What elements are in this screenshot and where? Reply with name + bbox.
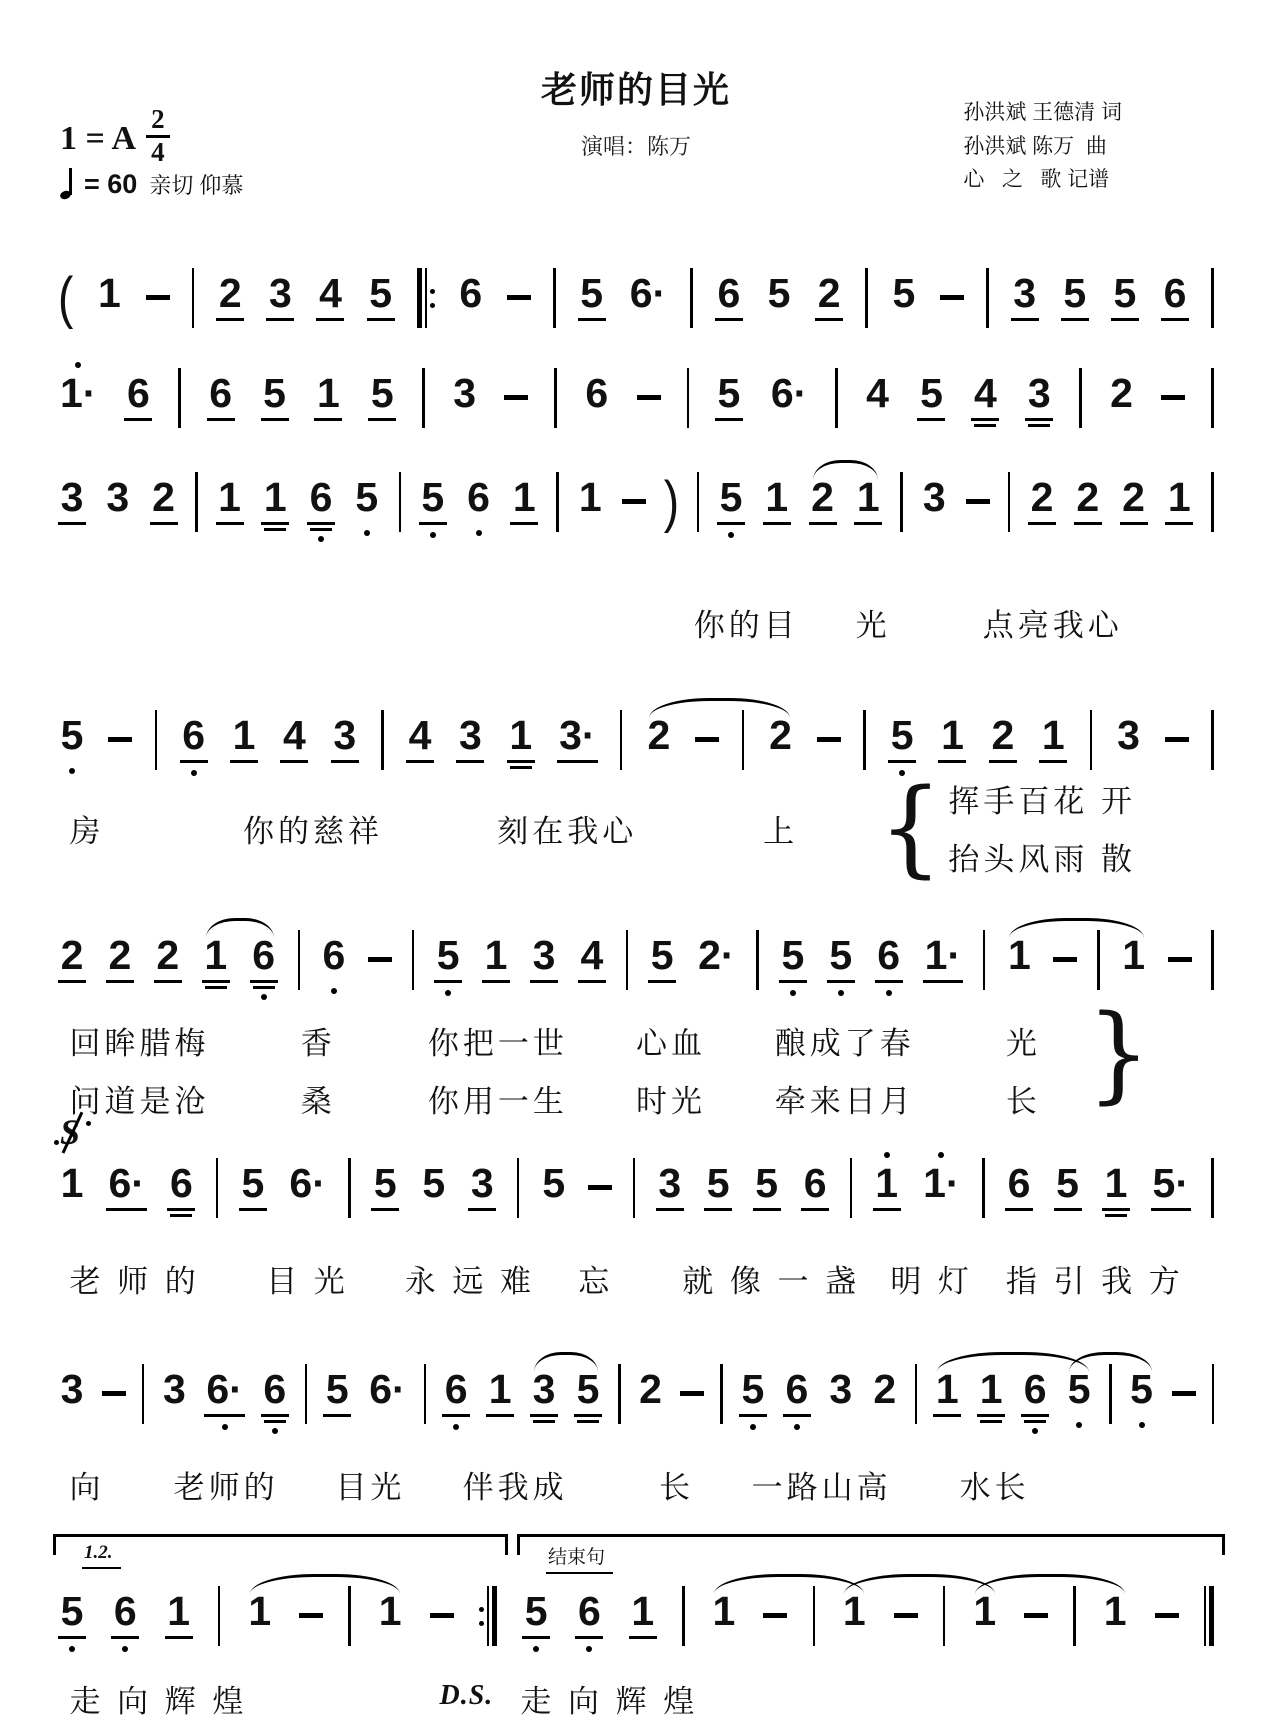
note: 2 bbox=[216, 272, 244, 321]
note: 2 bbox=[1074, 476, 1102, 525]
note: 5 bbox=[367, 272, 395, 321]
sixteenth-underline bbox=[577, 1420, 599, 1423]
note: 6· bbox=[204, 1368, 244, 1417]
note: 6 bbox=[207, 372, 235, 421]
duration-dash bbox=[817, 737, 841, 742]
note-number: 4 bbox=[864, 372, 892, 421]
slur-tie bbox=[937, 1352, 1089, 1372]
sixteenth-underline bbox=[253, 986, 275, 989]
note: 1 bbox=[1120, 934, 1148, 983]
note: 5 bbox=[1065, 1368, 1093, 1417]
note-number: 2 bbox=[1108, 372, 1136, 421]
repeat-dots bbox=[430, 268, 435, 328]
duration-dash bbox=[763, 1613, 787, 1618]
note: 5 bbox=[420, 1162, 448, 1211]
note: 1 bbox=[1005, 934, 1033, 983]
note: 6 bbox=[111, 1590, 139, 1639]
note: 1 bbox=[1102, 1162, 1130, 1211]
note: 1· bbox=[58, 372, 98, 421]
note-number: 1 bbox=[1101, 1590, 1129, 1639]
duration-dash bbox=[695, 737, 719, 742]
score-line-4: 561434313·2251213房你的慈祥刻在我心上{挥手百花 开抬头风雨 散 bbox=[58, 714, 1214, 774]
note-number: 3· bbox=[557, 714, 597, 763]
lyric-segment: 问道是沧 bbox=[70, 1076, 210, 1121]
note-number: 5 bbox=[827, 934, 855, 983]
barline bbox=[1211, 368, 1214, 428]
duration-dash bbox=[966, 499, 990, 504]
octave-dot-low bbox=[790, 990, 796, 996]
barline bbox=[1008, 472, 1011, 532]
note-number: 1 bbox=[1102, 1162, 1130, 1211]
note: 5 bbox=[540, 1162, 568, 1211]
note: 3 bbox=[58, 476, 86, 525]
note-number: 6· bbox=[628, 272, 668, 321]
barline bbox=[305, 1364, 308, 1424]
sixteenth-underline bbox=[1028, 424, 1050, 427]
note-number: 4 bbox=[578, 934, 606, 983]
note-number: 5 bbox=[917, 372, 945, 421]
note-number: 6 bbox=[465, 476, 493, 525]
lyric-segment: 刻在我心 bbox=[497, 806, 637, 851]
note-number: 5 bbox=[261, 372, 289, 421]
note-number: 2 bbox=[106, 934, 134, 983]
barline bbox=[1212, 1364, 1215, 1424]
duration-dash bbox=[680, 1391, 704, 1396]
note: 6 bbox=[783, 1368, 811, 1417]
repeat-dot bbox=[430, 303, 435, 308]
note-number: 5 bbox=[1065, 1368, 1093, 1417]
note: 6 bbox=[801, 1162, 829, 1211]
barline bbox=[626, 930, 629, 990]
note: 5 bbox=[353, 476, 381, 525]
repeat-dot bbox=[479, 1621, 484, 1626]
note-number: 1 bbox=[763, 476, 791, 525]
duration-dash bbox=[1053, 957, 1077, 962]
note-number: 1 bbox=[873, 1162, 901, 1211]
lyric-segment: 明 灯 bbox=[890, 1256, 973, 1301]
note: 6· bbox=[769, 372, 809, 421]
note-number: 6· bbox=[106, 1162, 146, 1211]
note: 5 bbox=[419, 476, 447, 525]
note-number: 5 bbox=[1061, 272, 1089, 321]
note-number: 1 bbox=[216, 476, 244, 525]
note: 5 bbox=[261, 372, 289, 421]
tempo-expression: 亲切 仰慕 bbox=[149, 169, 243, 200]
note-number: 2 bbox=[1074, 476, 1102, 525]
note-number: 6· bbox=[204, 1368, 244, 1417]
slur-tie bbox=[844, 1574, 995, 1594]
duration-dash bbox=[102, 1391, 126, 1396]
lyric-segment: 光 bbox=[856, 600, 891, 645]
note: 6· bbox=[628, 272, 668, 321]
note-number: 3 bbox=[266, 272, 294, 321]
duration-dash bbox=[1155, 1613, 1179, 1618]
barline bbox=[1079, 368, 1082, 428]
note-number: 5· bbox=[1151, 1162, 1191, 1211]
segno-dot bbox=[54, 1140, 59, 1145]
note-number: 3 bbox=[456, 714, 484, 763]
barline bbox=[1211, 710, 1214, 770]
note: 6 bbox=[1161, 272, 1189, 321]
note: 1 bbox=[376, 1590, 404, 1639]
sixteenth-underline bbox=[264, 1420, 286, 1423]
octave-dot-low bbox=[191, 770, 197, 776]
note: 5 bbox=[58, 714, 86, 763]
bar-stroke bbox=[417, 268, 422, 328]
repeat-dot bbox=[430, 289, 435, 294]
lyric-segment: 指 引 我 方 bbox=[1006, 1256, 1184, 1301]
bar-stroke bbox=[492, 1586, 497, 1646]
barline bbox=[986, 268, 989, 328]
duration-dash bbox=[299, 1613, 323, 1618]
lyric-segment: 上 bbox=[763, 806, 798, 851]
note-number: 6 bbox=[715, 272, 743, 321]
note-number: 3 bbox=[331, 714, 359, 763]
note-number: 5 bbox=[753, 1162, 781, 1211]
barline bbox=[155, 710, 158, 770]
note-number: 5 bbox=[1111, 272, 1139, 321]
lyric-segment: 老师的 bbox=[174, 1462, 279, 1507]
octave-dot-low bbox=[364, 530, 370, 536]
duration-dash bbox=[588, 1185, 612, 1190]
sixteenth-underline bbox=[1024, 1420, 1046, 1423]
tempo: = 60 亲切 仰慕 bbox=[60, 168, 243, 200]
credits: 孙洪斌 王德清 词孙洪斌 陈万 曲心 之 歌 记谱 bbox=[963, 96, 1122, 197]
barline bbox=[690, 268, 693, 328]
barline bbox=[553, 268, 556, 328]
meter-numerator: 2 bbox=[146, 106, 170, 138]
barline bbox=[850, 1158, 853, 1218]
note-number: 6 bbox=[180, 714, 208, 763]
barline bbox=[1211, 930, 1214, 990]
slur-tie bbox=[975, 1574, 1125, 1594]
note: 3 bbox=[920, 476, 948, 525]
note: 2 bbox=[106, 934, 134, 983]
note-number: 1 bbox=[510, 476, 538, 525]
slur-tie bbox=[649, 698, 790, 718]
octave-dot-low bbox=[794, 1424, 800, 1430]
barline bbox=[835, 368, 838, 428]
note: 1 bbox=[507, 714, 535, 763]
tempo-value: = 60 bbox=[84, 169, 137, 200]
note: 5 bbox=[753, 1162, 781, 1211]
note-number: 6 bbox=[1161, 272, 1189, 321]
barline bbox=[1211, 472, 1214, 532]
octave-dot-low bbox=[1076, 1422, 1082, 1428]
score-line-8: 5611156111111.2.结束句走 向 辉 煌D.S.走 向 辉 煌 bbox=[58, 1590, 1214, 1650]
note-number: 4 bbox=[280, 714, 308, 763]
barline bbox=[216, 1158, 219, 1218]
note: 1 bbox=[95, 272, 123, 321]
duration-dash bbox=[1172, 1391, 1196, 1396]
parenthesis: ) bbox=[664, 470, 679, 533]
duration-dash bbox=[146, 295, 170, 300]
note: 1 bbox=[58, 1162, 86, 1211]
lyric-segment: 你的目 bbox=[694, 600, 799, 645]
notes-row: 16·656·5535355611·6515· bbox=[58, 1162, 1214, 1222]
lyric-row: 问道是沧桑你用一生时光牵来日月长 bbox=[58, 1076, 1214, 1118]
note: 1 bbox=[576, 476, 604, 525]
note: 6 bbox=[575, 1590, 603, 1639]
lyric-segment: 香 bbox=[301, 1018, 336, 1063]
note: 3 bbox=[451, 372, 479, 421]
barline bbox=[178, 368, 181, 428]
note: 6 bbox=[180, 714, 208, 763]
note-number: 1 bbox=[507, 714, 535, 763]
lyric-segment: 走 向 辉 煌 bbox=[520, 1676, 698, 1721]
note: 1 bbox=[510, 476, 538, 525]
note: 5 bbox=[58, 1590, 86, 1639]
lyric-segment: 老 师 的 bbox=[70, 1256, 200, 1301]
octave-dot-low bbox=[272, 1428, 278, 1434]
note-number: 1 bbox=[261, 476, 289, 525]
sheet-music-page: 老师的目光 演唱：陈万 孙洪斌 王德清 词孙洪斌 陈万 曲心 之 歌 记谱 1 … bbox=[0, 0, 1272, 1721]
sixteenth-underline bbox=[533, 1420, 555, 1423]
note: 4 bbox=[280, 714, 308, 763]
note-number: 5 bbox=[715, 372, 743, 421]
lyric-segment: 抬头风雨 散 bbox=[948, 834, 1136, 879]
bar-stroke bbox=[1204, 1586, 1206, 1646]
note-number: 2 bbox=[871, 1368, 899, 1417]
note: 5 bbox=[890, 272, 918, 321]
note-number: 2· bbox=[696, 934, 736, 983]
note-number: 5 bbox=[434, 934, 462, 983]
notes-row: 222166513452·5561·11 bbox=[58, 934, 1214, 994]
note-number: 2 bbox=[645, 714, 673, 763]
note-number: 3 bbox=[530, 934, 558, 983]
duration-dash bbox=[430, 1613, 454, 1618]
lyric-segment: 长 bbox=[1006, 1076, 1041, 1121]
lyric-segment: 挥手百花 开 bbox=[948, 776, 1136, 821]
notes-row: 1·665153656·45432 bbox=[58, 372, 1214, 432]
lyric-row: 向老师的目光伴我成长一路山高水长 bbox=[58, 1462, 1214, 1504]
note-number: 6 bbox=[207, 372, 235, 421]
note: 6· bbox=[367, 1368, 407, 1417]
note-number: 5 bbox=[420, 1162, 448, 1211]
barline bbox=[381, 710, 384, 770]
note-number: 5 bbox=[367, 272, 395, 321]
lyric-segment: 你的慈祥 bbox=[243, 806, 383, 851]
duration-dash bbox=[1165, 737, 1189, 742]
note-number: 5 bbox=[323, 1368, 351, 1417]
note-number: 1 bbox=[933, 1368, 961, 1417]
lyric-segment: 你把一世 bbox=[428, 1018, 568, 1063]
note: 2 bbox=[766, 714, 794, 763]
credit-transcriber: 心 之 歌 记谱 bbox=[963, 163, 1122, 197]
lyric-segment: 点亮我心 bbox=[983, 600, 1123, 645]
note-number: 4 bbox=[316, 272, 344, 321]
note-number: 6 bbox=[783, 1368, 811, 1417]
note: 3 bbox=[160, 1368, 188, 1417]
note-number: 1 bbox=[710, 1590, 738, 1639]
barline bbox=[1073, 1586, 1076, 1646]
duration-dash bbox=[1161, 395, 1185, 400]
note: 5 bbox=[578, 272, 606, 321]
octave-dot-low bbox=[69, 1646, 75, 1652]
note: 5 bbox=[704, 1162, 732, 1211]
note-number: 6 bbox=[801, 1162, 829, 1211]
slur-tie bbox=[206, 918, 274, 938]
barline bbox=[517, 1158, 520, 1218]
slur-tie bbox=[534, 1352, 598, 1372]
octave-dot-low bbox=[476, 530, 482, 536]
note-number: 1 bbox=[202, 934, 230, 983]
lyric-row: 走 向 辉 煌D.S.走 向 辉 煌 bbox=[58, 1676, 1214, 1718]
note-number: 1 bbox=[58, 1162, 86, 1211]
slur-tie bbox=[813, 460, 878, 480]
duration-dash bbox=[1024, 1613, 1048, 1618]
note: 3 bbox=[1114, 714, 1142, 763]
note-number: 1 bbox=[977, 1368, 1005, 1417]
lyric-segment: 长 bbox=[659, 1462, 694, 1507]
note-number: 5 bbox=[540, 1162, 568, 1211]
lyric-segment: 伴我成 bbox=[463, 1462, 568, 1507]
note: 5 bbox=[917, 372, 945, 421]
barline bbox=[1090, 710, 1093, 770]
lyric-row: 你的目光点亮我心 bbox=[58, 600, 1214, 642]
note: 6· bbox=[106, 1162, 146, 1211]
note: 2 bbox=[815, 272, 843, 321]
note-number: 6 bbox=[320, 934, 348, 983]
barline bbox=[195, 472, 198, 532]
note-number: 3 bbox=[468, 1162, 496, 1211]
octave-dot-low bbox=[1032, 1428, 1038, 1434]
lyric-segment: 心血 bbox=[636, 1018, 706, 1063]
sixteenth-underline bbox=[310, 528, 332, 531]
barline bbox=[618, 1364, 621, 1424]
slur-tie bbox=[1009, 918, 1144, 938]
duration-dash bbox=[637, 395, 661, 400]
note-number: 4 bbox=[971, 372, 999, 421]
note: 3 bbox=[530, 934, 558, 983]
note: 5 bbox=[1061, 272, 1089, 321]
barline bbox=[720, 1364, 723, 1424]
score-line-2: 1·665153656·45432 bbox=[58, 372, 1214, 432]
note-number: 1 bbox=[854, 476, 882, 525]
sixteenth-underline bbox=[170, 1214, 192, 1217]
barline bbox=[687, 368, 690, 428]
score-line-7: 336·656·61352563211655向老师的目光伴我成长一路山高水长 bbox=[58, 1368, 1214, 1428]
note-number: 5 bbox=[890, 272, 918, 321]
note-number: 5 bbox=[765, 272, 793, 321]
duration-dash bbox=[108, 737, 132, 742]
lyric-segment: 你用一生 bbox=[428, 1076, 568, 1121]
note: 3 bbox=[656, 1162, 684, 1211]
octave-dot-low bbox=[122, 1646, 128, 1652]
octave-dot-high bbox=[884, 1152, 890, 1158]
duration-dash bbox=[894, 1613, 918, 1618]
octave-dot-high bbox=[75, 362, 81, 368]
notes-row: (12345656·65253556 bbox=[58, 272, 1214, 332]
note: 1 bbox=[938, 714, 966, 763]
parenthesis: ( bbox=[58, 266, 73, 329]
final-barline bbox=[1204, 1586, 1214, 1646]
volta-bracket: 结束句 bbox=[517, 1534, 1225, 1555]
note: 5 bbox=[827, 934, 855, 983]
barline bbox=[218, 1586, 221, 1646]
score-line-3: 33211655611)512132221你的目光点亮我心 bbox=[58, 476, 1214, 536]
note: 2 bbox=[636, 1368, 664, 1417]
notes-row: 33211655611)512132221 bbox=[58, 476, 1214, 536]
octave-dot-low bbox=[222, 1424, 228, 1430]
note-number: 5 bbox=[239, 1162, 267, 1211]
note: 4 bbox=[316, 272, 344, 321]
note: 5 bbox=[1111, 272, 1139, 321]
note: 3 bbox=[104, 476, 132, 525]
lyric-segment: 光 bbox=[1006, 1018, 1041, 1063]
note-number: 6 bbox=[261, 1368, 289, 1417]
barline bbox=[1109, 1364, 1112, 1424]
note-number: 3 bbox=[827, 1368, 855, 1417]
barline bbox=[298, 930, 301, 990]
lyric-segment: 目 光 bbox=[266, 1256, 349, 1301]
note: 5 bbox=[765, 272, 793, 321]
note-number: 6 bbox=[124, 372, 152, 421]
note: 1 bbox=[763, 476, 791, 525]
note-number: 1· bbox=[58, 372, 98, 421]
note-number: 6 bbox=[575, 1590, 603, 1639]
octave-dot-low bbox=[728, 532, 734, 538]
volta-label: 1.2. bbox=[82, 1542, 121, 1569]
lyric-segment: 时光 bbox=[636, 1076, 706, 1121]
note-number: 1 bbox=[165, 1590, 193, 1639]
note-number: 1 bbox=[629, 1590, 657, 1639]
note-number: 6 bbox=[1005, 1162, 1033, 1211]
note-number: 1 bbox=[314, 372, 342, 421]
octave-dot-high bbox=[938, 1152, 944, 1158]
note-number: 1 bbox=[938, 714, 966, 763]
note-number: 5 bbox=[353, 476, 381, 525]
note: 5 bbox=[648, 934, 676, 983]
note-number: 5 bbox=[522, 1590, 550, 1639]
note-number: 5 bbox=[419, 476, 447, 525]
note: 5 bbox=[888, 714, 916, 763]
note-number: 2 bbox=[58, 934, 86, 983]
note-number: 2 bbox=[216, 272, 244, 321]
note: 5 bbox=[1128, 1368, 1156, 1417]
barline bbox=[422, 368, 425, 428]
note-number: 5 bbox=[888, 714, 916, 763]
note-number: 6 bbox=[250, 934, 278, 983]
note-number: 2 bbox=[150, 476, 178, 525]
lyric-segment: 向 bbox=[70, 1462, 105, 1507]
note: 6 bbox=[583, 372, 611, 421]
note-number: 6· bbox=[367, 1368, 407, 1417]
note: 5 bbox=[522, 1590, 550, 1639]
note-number: 5 bbox=[739, 1368, 767, 1417]
quarter-note-icon bbox=[60, 168, 76, 200]
note-number: 5 bbox=[1128, 1368, 1156, 1417]
note: 5 bbox=[323, 1368, 351, 1417]
note-number: 1 bbox=[971, 1590, 999, 1639]
slur-tie bbox=[714, 1574, 864, 1594]
repeat-dot bbox=[479, 1607, 484, 1612]
note-number: 2 bbox=[989, 714, 1017, 763]
note-number: 6· bbox=[287, 1162, 327, 1211]
segno-icon: S bbox=[60, 1112, 86, 1154]
octave-dot-low bbox=[533, 1646, 539, 1652]
note: 1 bbox=[933, 1368, 961, 1417]
octave-dot-low bbox=[261, 994, 267, 1000]
note-number: 5 bbox=[371, 1162, 399, 1211]
note-number: 1· bbox=[921, 1162, 961, 1211]
note-number: 2 bbox=[1028, 476, 1056, 525]
note-number: 1 bbox=[246, 1590, 274, 1639]
note: 1 bbox=[246, 1590, 274, 1639]
lyric-segment: 房 bbox=[70, 806, 105, 851]
note: 1 bbox=[873, 1162, 901, 1211]
lyric-segment: 忘 bbox=[578, 1256, 613, 1301]
